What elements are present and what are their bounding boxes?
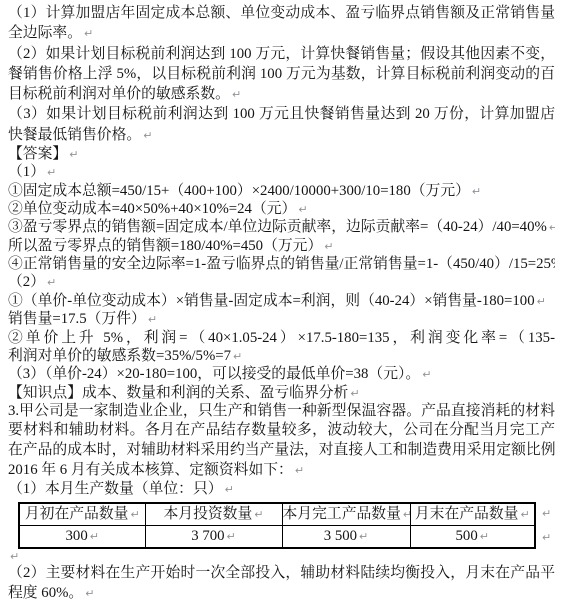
table-header-cell: 月初在产品数量↵ — [19, 503, 145, 526]
text-line-content: （2）如果计划目标税前利润达到 100 万元，计算快餐销售量；假设其他因素不变，… — [8, 46, 555, 64]
text-line-content: （2） — [8, 274, 45, 290]
text-line-content: （3）如果计划目标税前利润达到 100 万元且快餐销售量达到 20 万份，计算加… — [8, 106, 555, 124]
paragraph-mark-icon: ↵ — [83, 587, 94, 600]
text-line: 在产品的成本时，对辅助材料采用约当产量法，对直接人工和制造费用采用定额比例法。↵ — [8, 441, 555, 461]
text-line: ①固定成本总额=450/15+（400+100）×2400/10000+300/… — [8, 182, 555, 200]
cell-end-mark-icon: ↵ — [128, 508, 139, 521]
paragraph-mark-icon: ↵ — [8, 550, 19, 563]
text-line: 2016 年 6 月有关成本核算、定额资料如下：↵ — [8, 461, 555, 481]
text-line: 目标税前利润对单价的敏感系数。↵ — [8, 84, 555, 104]
text-line-content: 程度 60%。 — [8, 585, 83, 600]
text-line-content: ②单价上升 5%，利润=（40×1.05-24）×17.5-180=135，利润… — [8, 330, 555, 347]
cell-text: 500 — [456, 528, 478, 544]
cell-text: 300 — [66, 528, 88, 544]
text-line-content: ②单位变动成本=40×50%+40×10%=24（元） — [8, 201, 296, 217]
paragraph-mark-icon: ↵ — [420, 368, 431, 381]
table-header-cell: 月末在产品数量↵ — [410, 503, 535, 526]
text-line: 【答案】↵ — [8, 145, 555, 163]
table-value-row: 300↵3 700↵3 500↵500↵ — [19, 525, 535, 548]
production-table: 月初在产品数量↵本月投资数量↵本月完工产品数量↵月末在产品数量↵ 300↵3 7… — [18, 502, 536, 549]
text-line-content: ④正常销售量的安全边际率=1-盈亏临界点的销售量/正常销售量=1-（450/40… — [8, 256, 555, 272]
text-line: （1）本月生产数量（单位：只）↵ — [8, 480, 555, 500]
paragraph-mark-icon: ↵ — [82, 27, 93, 40]
cell-end-mark-icon: ↵ — [252, 508, 263, 521]
text-line: 快餐最低销售价格。↵ — [8, 125, 555, 145]
text-line-content: ①固定成本总额=450/15+（400+100）×2400/10000+300/… — [8, 183, 470, 199]
paragraph-mark-icon: ↵ — [348, 387, 359, 400]
row-end-mark-icon: ↵ — [540, 531, 551, 544]
paragraph-mark-icon: ↵ — [45, 166, 56, 179]
cell-end-mark-icon: ↵ — [401, 508, 410, 521]
text-line: ④正常销售量的安全边际率=1-盈亏临界点的销售量/正常销售量=1-（450/40… — [8, 255, 555, 273]
text-line: （2）↵ — [8, 273, 555, 291]
text-line-content: 利润对单价的敏感系数=35%/5%=7 — [8, 348, 231, 364]
cell-end-mark-icon: ↵ — [88, 530, 99, 543]
text-line: 【知识点】成本、数量和利润的关系、盈亏临界分析↵ — [8, 384, 555, 402]
text-line-content: 要材料和辅助材料。各月在产品结存数量较多，波动较大，公司在分配当月完工产品与月末 — [8, 422, 555, 441]
text-line: ③盈亏零界点的销售额=固定成本/单位边际贡献率，边际贡献率=（40-24）/40… — [8, 218, 555, 236]
text-line-content: （1）本月生产数量（单位：只） — [8, 481, 223, 497]
text-line-content: （2）主要材料在生产开始时一次全部投入，辅助材料陆续均衡投入，月末在产品平均完工 — [8, 565, 555, 583]
text-line: （2）主要材料在生产开始时一次全部投入，辅助材料陆续均衡投入，月末在产品平均完工 — [8, 563, 555, 583]
paragraph-mark-icon: ↵ — [141, 129, 152, 142]
text-line: 所以盈亏零界点的销售额=180/40%=450（万元）↵ — [8, 237, 555, 255]
cell-end-mark-icon: ↵ — [357, 530, 368, 543]
paragraph-mark-icon: ↵ — [45, 276, 56, 289]
cell-end-mark-icon: ↵ — [518, 508, 529, 521]
text-line: 餐销售价格上浮 5%，以目标税前利润 100 万元为基数，计算目标税前利润变动的… — [8, 64, 555, 84]
text-line-content: 2016 年 6 月有关成本核算、定额资料如下： — [8, 462, 293, 478]
text-line: 利润对单价的敏感系数=35%/5%=7↵ — [8, 347, 555, 365]
cell-text: 月初在产品数量 — [25, 506, 129, 522]
row-end-mark-icon: ↵ — [540, 507, 551, 520]
paragraph-mark-icon: ↵ — [293, 464, 304, 477]
problem3-block: 3.甲公司是一家制造业企业，只生产和销售一种新型保温容器。产品直接消耗的材料分为… — [8, 402, 555, 500]
question-block: （1）计算加盟店年固定成本总额、单位变动成本、盈亏临界点销售额及正常销售量时的安… — [8, 3, 555, 145]
table-header-cell: 本月投资数量↵ — [145, 503, 282, 526]
text-line: 程度 60%。↵ — [8, 583, 555, 600]
text-line: 3.甲公司是一家制造业企业，只生产和销售一种新型保温容器。产品直接消耗的材料分为… — [8, 402, 555, 422]
text-line-content: 在产品的成本时，对辅助材料采用约当产量法，对直接人工和制造费用采用定额比例法。 — [8, 442, 555, 458]
answer-block: 【答案】↵（1）↵①固定成本总额=450/15+（400+100）×2400/1… — [8, 145, 555, 402]
text-line: （3）如果计划目标税前利润达到 100 万元且快餐销售量达到 20 万份，计算加… — [8, 104, 555, 124]
cell-text: 本月投资数量 — [163, 506, 252, 522]
cell-text: 月末在产品数量 — [415, 506, 519, 522]
text-line-content: 销售量=17.5（万件） — [8, 311, 146, 327]
text-line-content: （1）计算加盟店年固定成本总额、单位变动成本、盈亏临界点销售额及正常销售量时的安 — [8, 5, 555, 23]
text-line-content: ③盈亏零界点的销售额=固定成本/单位边际贡献率，边际贡献率=（40-24）/40… — [8, 219, 547, 235]
cell-text: 本月完工产品数量 — [283, 506, 401, 522]
table-header-cell: 本月完工产品数量↵ — [282, 503, 410, 526]
table-value-cell: 300↵ — [19, 525, 145, 548]
paragraph-mark-icon: ↵ — [322, 240, 333, 253]
cell-text: 3 500 — [324, 528, 357, 544]
text-line: （1）↵ — [8, 163, 555, 181]
table-value-cell: 500↵ — [410, 525, 535, 548]
text-line: ②单价上升 5%，利润=（40×1.05-24）×17.5-180=135，利润… — [8, 329, 555, 347]
text-line: 销售量=17.5（万件）↵ — [8, 310, 555, 328]
text-line: 要材料和辅助材料。各月在产品结存数量较多，波动较大，公司在分配当月完工产品与月末 — [8, 421, 555, 441]
paragraph-mark-icon: ↵ — [223, 483, 234, 496]
text-line-content: 目标税前利润对单价的敏感系数。 — [8, 86, 230, 102]
table-value-cell: 3 500↵ — [282, 525, 410, 548]
row-end-marks: ↵↵ — [536, 502, 551, 549]
cell-text: 3 700 — [191, 528, 224, 544]
text-line: 全边际率。↵ — [8, 23, 555, 43]
text-line-content: 所以盈亏零界点的销售额=180/40%=450（万元） — [8, 238, 322, 254]
table-value-cell: 3 700↵ — [145, 525, 282, 548]
after-table-block: ↵（2）主要材料在生产开始时一次全部投入，辅助材料陆续均衡投入，月末在产品平均完… — [8, 549, 555, 600]
text-line-content: 快餐最低销售价格。 — [8, 127, 141, 143]
paragraph-mark-icon: ↵ — [470, 185, 481, 198]
paragraph-mark-icon: ↵ — [146, 313, 157, 326]
paragraph-mark-icon: ↵ — [231, 350, 242, 363]
text-line-content: ①（单价-单位变动成本）×销售量-固定成本=利润，则（40-24）×销售量-18… — [8, 293, 535, 309]
text-line-content: （3）（单价-24）×20-180=100，可以接受的最低单价=38（元）。 — [8, 366, 420, 382]
cell-end-mark-icon: ↵ — [478, 530, 489, 543]
text-line-content: 【知识点】成本、数量和利润的关系、盈亏临界分析 — [8, 385, 348, 401]
text-line: （1）计算加盟店年固定成本总额、单位变动成本、盈亏临界点销售额及正常销售量时的安 — [8, 3, 555, 23]
text-line-content: 3.甲公司是一家制造业企业，只生产和销售一种新型保温容器。产品直接消耗的材料分为… — [8, 403, 555, 422]
paragraph-mark-icon: ↵ — [547, 221, 555, 234]
text-line: （3）（单价-24）×20-180=100，可以接受的最低单价=38（元）。↵ — [8, 365, 555, 383]
table-header-row: 月初在产品数量↵本月投资数量↵本月完工产品数量↵月末在产品数量↵ — [19, 503, 535, 526]
text-line-content: 全边际率。 — [8, 25, 82, 41]
text-line-content: 餐销售价格上浮 5%，以目标税前利润 100 万元为基数，计算目标税前利润变动的… — [8, 66, 555, 84]
cell-end-mark-icon: ↵ — [225, 530, 236, 543]
text-line: ↵ — [8, 549, 555, 563]
paragraph-mark-icon: ↵ — [67, 148, 78, 161]
text-line: （2）如果计划目标税前利润达到 100 万元，计算快餐销售量；假设其他因素不变，… — [8, 44, 555, 64]
production-table-wrap: 月初在产品数量↵本月投资数量↵本月完工产品数量↵月末在产品数量↵ 300↵3 7… — [18, 502, 555, 549]
paragraph-mark-icon: ↵ — [535, 295, 546, 308]
paragraph-mark-icon: ↵ — [230, 88, 241, 101]
document-page: （1）计算加盟店年固定成本总额、单位变动成本、盈亏临界点销售额及正常销售量时的安… — [0, 0, 567, 600]
text-line-content: （1） — [8, 164, 45, 180]
text-line: ①（单价-单位变动成本）×销售量-固定成本=利润，则（40-24）×销售量-18… — [8, 292, 555, 310]
text-line-content: 【答案】 — [8, 146, 67, 162]
text-line: ②单位变动成本=40×50%+40×10%=24（元）↵ — [8, 200, 555, 218]
paragraph-mark-icon: ↵ — [296, 203, 307, 216]
